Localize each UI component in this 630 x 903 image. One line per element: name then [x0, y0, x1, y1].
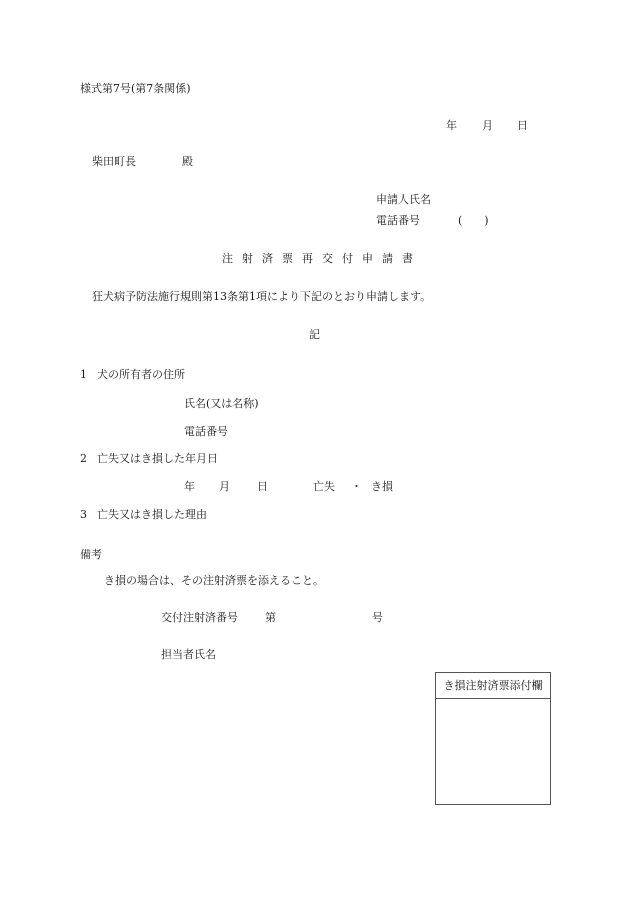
date-year: 年 — [446, 119, 457, 133]
attachment-box-header: き損注射済票添付欄 — [436, 673, 550, 699]
item-2-year: 年 — [184, 480, 195, 494]
ki-heading: 記 — [309, 328, 320, 342]
tag-number-prefix: 第 — [265, 611, 276, 625]
remarks-text: き損の場合は、その注射済票を添えること。 — [104, 574, 324, 588]
applicant-phone-label: 電話番号 — [376, 214, 420, 228]
attachment-box: き損注射済票添付欄 — [435, 672, 551, 805]
item-2-choice-damage: き損 — [371, 480, 393, 494]
item-2-choice-loss: 亡失 — [313, 480, 335, 494]
item-1-sub-name: 氏名(又は名称) — [184, 397, 259, 411]
addressee-name: 柴田町長 — [92, 155, 136, 169]
item-3-number: 3 — [80, 508, 87, 522]
form-number: 様式第7号(第7条関係) — [80, 82, 191, 96]
item-1-label: 犬の所有者の住所 — [97, 368, 185, 382]
item-1-number: 1 — [80, 368, 87, 382]
item-2-choice-sep: ・ — [351, 480, 362, 494]
applicant-name-label: 申請人氏名 — [376, 193, 431, 207]
applicant-phone-parens: ( ) — [458, 214, 489, 228]
document-title: 注射済票再交付申請書 — [222, 252, 422, 266]
remarks-heading: 備考 — [80, 548, 102, 562]
item-2-label: 亡失又はき損した年月日 — [97, 452, 218, 466]
item-3-label: 亡失又はき損した理由 — [97, 508, 207, 522]
date-month: 月 — [482, 119, 493, 133]
intro-text: 狂犬病予防法施行規則第13条第1項により下記のとおり申請します。 — [92, 290, 431, 304]
item-1-sub-phone: 電話番号 — [184, 425, 228, 439]
staff-name-label: 担当者氏名 — [161, 648, 216, 662]
tag-number-label: 交付注射済番号 — [161, 611, 238, 625]
tag-number-suffix: 号 — [372, 611, 383, 625]
item-2-month: 月 — [219, 480, 230, 494]
item-2-number: 2 — [80, 452, 87, 466]
date-day: 日 — [517, 119, 528, 133]
item-2-day: 日 — [257, 480, 268, 494]
addressee-honorific: 殿 — [182, 155, 193, 169]
